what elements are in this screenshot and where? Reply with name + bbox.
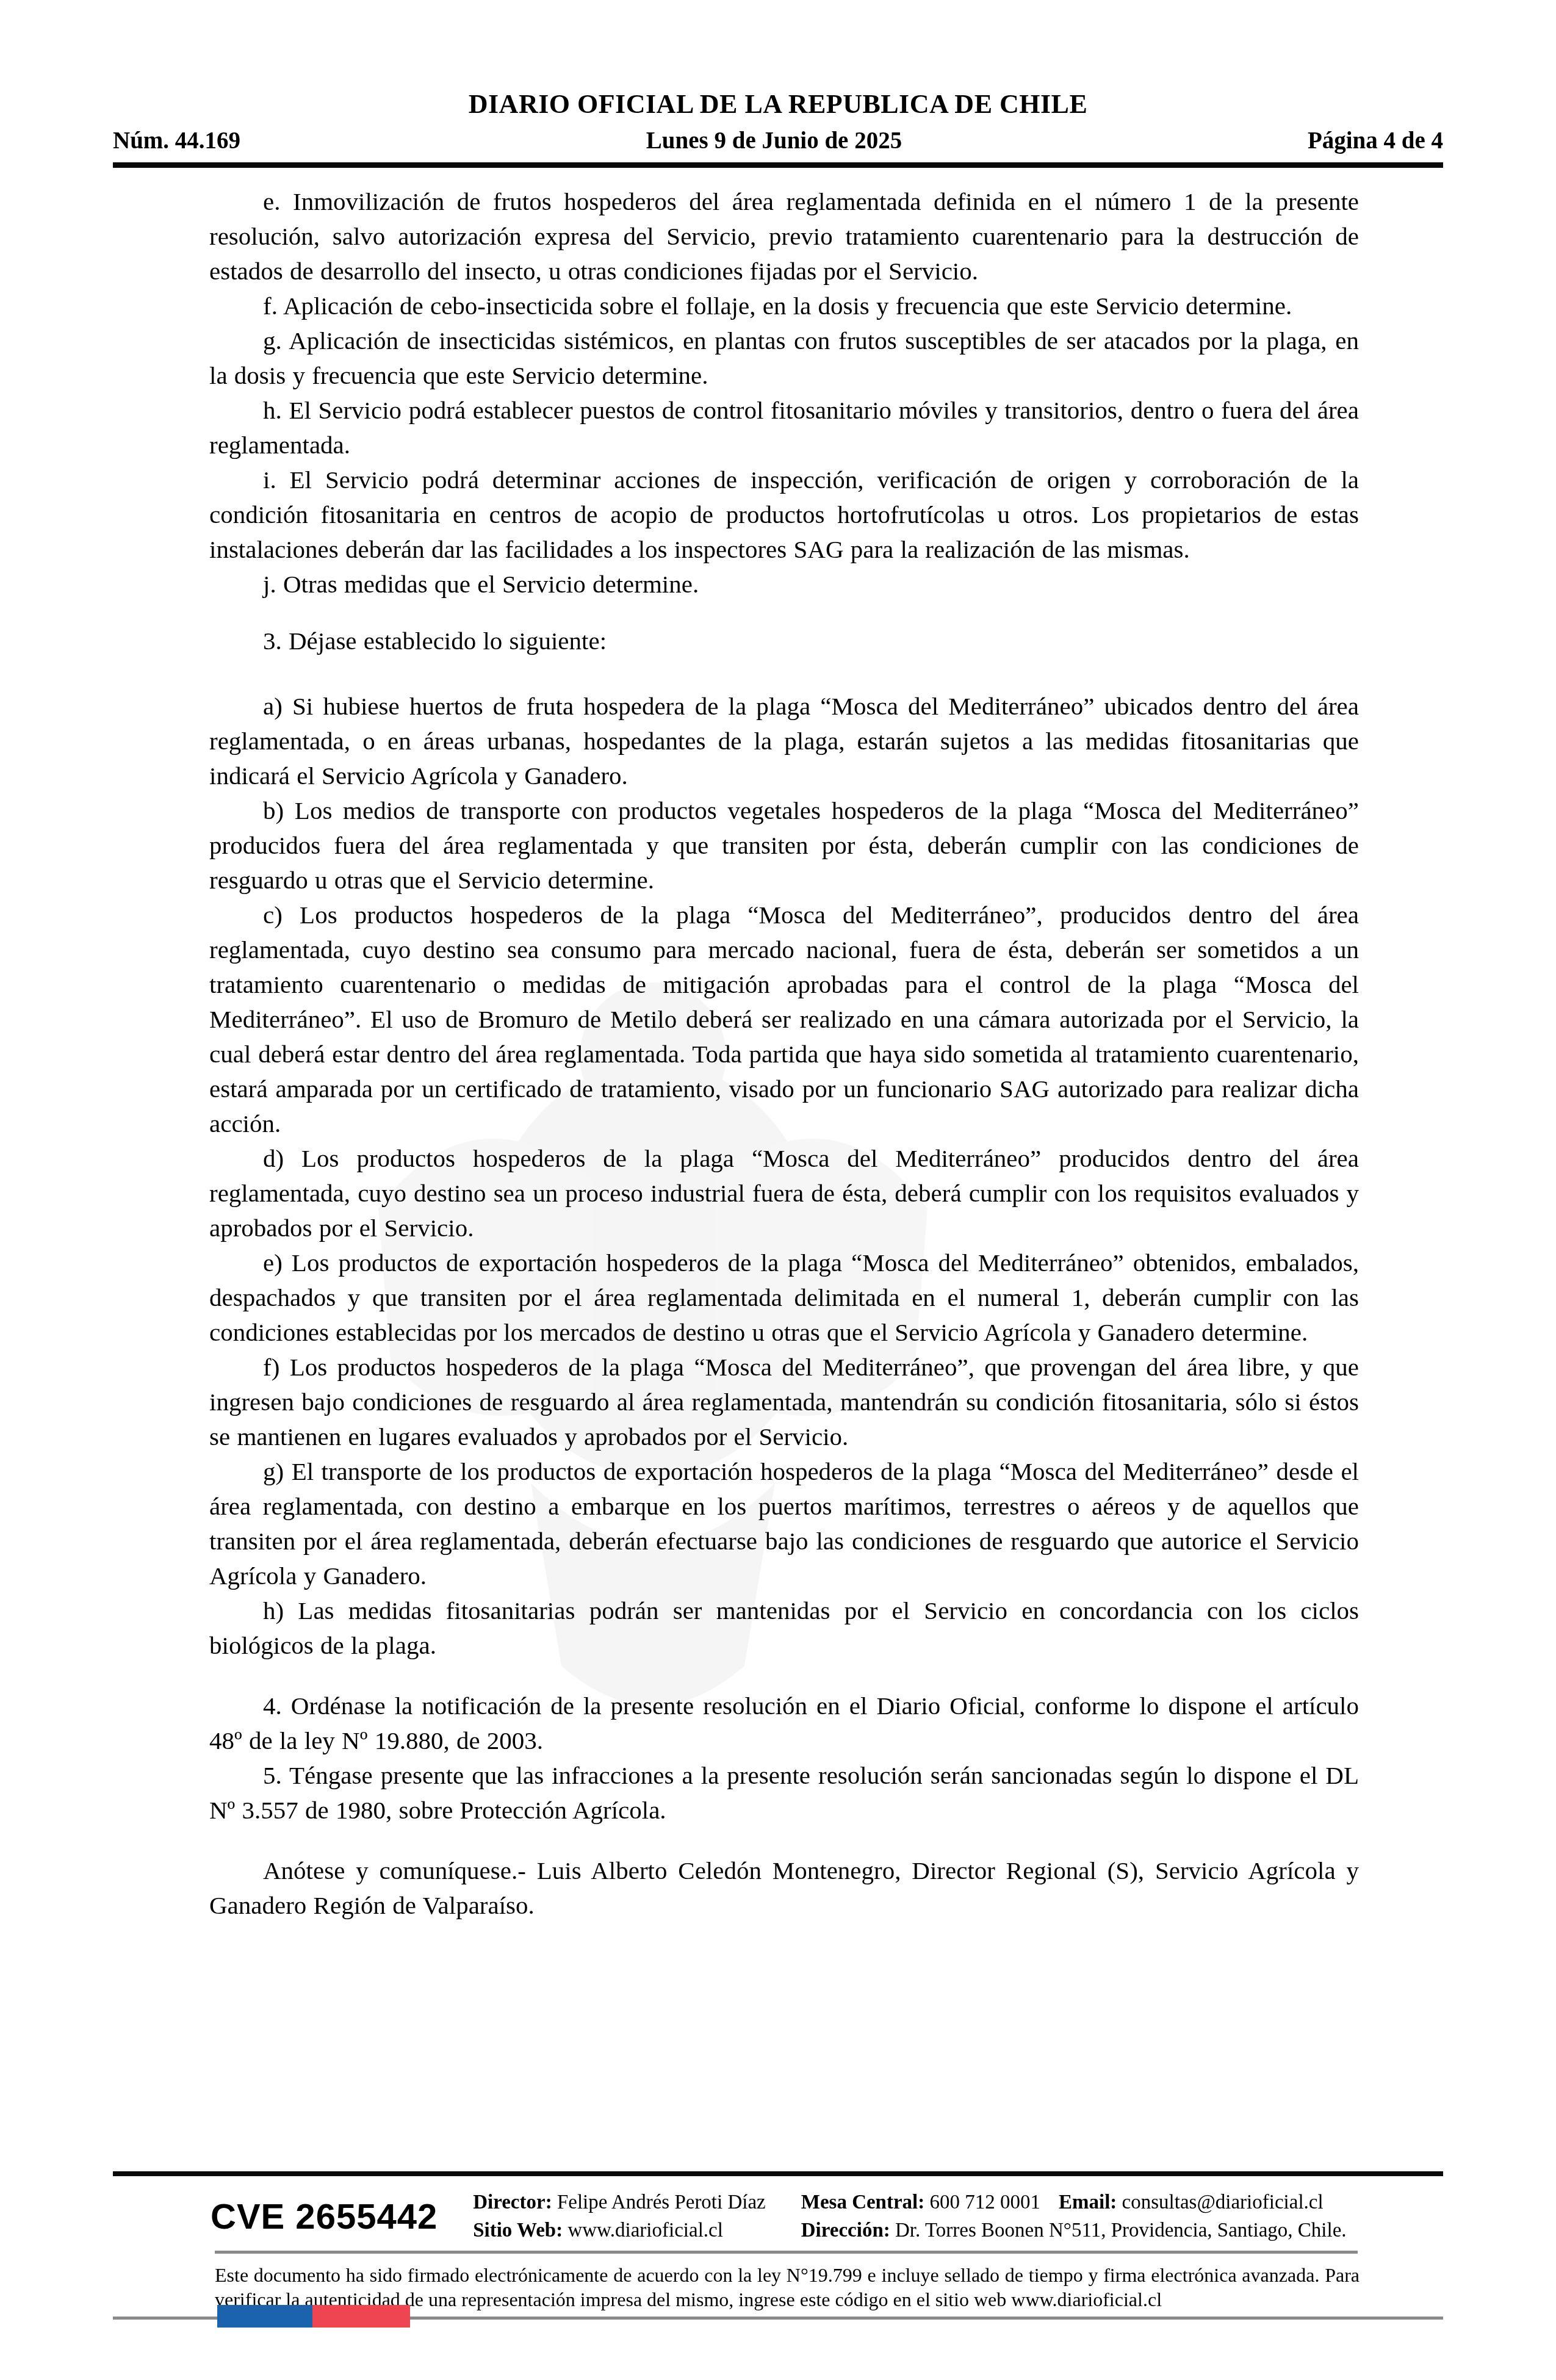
para-g: g. Aplicación de insecticidas sistémicos…	[209, 323, 1359, 393]
address-line: Dirección: Dr. Torres Boonen N°511, Prov…	[801, 2216, 1347, 2245]
director-label: Director:	[473, 2191, 552, 2213]
issue-number: Núm. 44.169	[113, 128, 240, 154]
para-e: e. Inmovilización de frutos hospederos d…	[209, 184, 1359, 289]
footer-info-row: CVE 2655442 Director: Felipe Andrés Pero…	[211, 2188, 1358, 2245]
footer-rule-top	[113, 2171, 1443, 2176]
para-numeral-4: 4. Ordénase la notificación de la presen…	[209, 1689, 1359, 1758]
email-address: consultas@diarioficial.cl	[1122, 2191, 1324, 2213]
sitio-url: www.diarioficial.cl	[567, 2220, 722, 2241]
para-j: j. Otras medidas que el Servicio determi…	[209, 567, 1359, 602]
contact-line: Mesa Central: 600 712 0001Email: consult…	[801, 2188, 1347, 2216]
sitio-line: Sitio Web: www.diarioficial.cl	[473, 2216, 766, 2245]
flag-red-segment	[312, 2305, 410, 2328]
director-name: Felipe Andrés Peroti Díaz	[557, 2191, 766, 2213]
flag-blue-segment	[217, 2305, 312, 2328]
para-numeral-5: 5. Téngase presente que las infracciones…	[209, 1758, 1359, 1828]
para-letter-c: c) Los productos hospederos de la plaga …	[209, 898, 1359, 1141]
para-i: i. El Servicio podrá determinar acciones…	[209, 463, 1359, 567]
sitio-label: Sitio Web:	[473, 2220, 563, 2241]
para-letter-g: g) El transporte de los productos de exp…	[209, 1454, 1359, 1593]
direccion-label: Dirección:	[801, 2220, 890, 2241]
para-signature: Anótese y comuníquese.- Luis Alberto Cel…	[209, 1853, 1359, 1923]
para-numeral-3: 3. Déjase establecido lo siguiente:	[209, 624, 1359, 658]
header-rule	[113, 162, 1443, 168]
footer-rule-middle	[215, 2251, 1358, 2254]
legal-notice: Este documento ha sido firmado electróni…	[215, 2263, 1360, 2312]
page-header: DIARIO OFICIAL DE LA REPUBLICA DE CHILE …	[113, 90, 1443, 168]
direccion-value: Dr. Torres Boonen N°511, Providencia, Sa…	[895, 2220, 1347, 2241]
chile-flag-bar	[217, 2305, 410, 2328]
footer-director-column: Director: Felipe Andrés Peroti Díaz Siti…	[473, 2188, 784, 2245]
para-letter-h: h) Las medidas fitosanitarias podrán ser…	[209, 1593, 1359, 1663]
newspaper-title: DIARIO OFICIAL DE LA REPUBLICA DE CHILE	[113, 90, 1443, 118]
para-letter-d: d) Los productos hospederos de la plaga …	[209, 1141, 1359, 1246]
para-letter-b: b) Los medios de transporte con producto…	[209, 793, 1359, 898]
email-label: Email:	[1059, 2191, 1117, 2213]
para-f: f. Aplicación de cebo-insecticida sobre …	[209, 289, 1359, 323]
mesa-number: 600 712 0001	[930, 2191, 1041, 2213]
issue-date: Lunes 9 de Junio de 2025	[646, 128, 902, 154]
document-page: DIARIO OFICIAL DE LA REPUBLICA DE CHILE …	[0, 0, 1556, 2380]
para-letter-a: a) Si hubiese huertos de fruta hospedera…	[209, 689, 1359, 793]
header-meta-row: Núm. 44.169 Lunes 9 de Junio de 2025 Pág…	[113, 128, 1443, 154]
document-body: e. Inmovilización de frutos hospederos d…	[209, 184, 1359, 1923]
director-line: Director: Felipe Andrés Peroti Díaz	[473, 2188, 766, 2216]
page-indicator: Página 4 de 4	[1308, 128, 1443, 154]
para-letter-f: f) Los productos hospederos de la plaga …	[209, 1350, 1359, 1454]
para-letter-e: e) Los productos de exportación hospeder…	[209, 1246, 1359, 1350]
mesa-label: Mesa Central:	[801, 2191, 925, 2213]
cve-code: CVE 2655442	[211, 2196, 456, 2237]
para-h: h. El Servicio podrá establecer puestos …	[209, 393, 1359, 463]
footer-contact-column: Mesa Central: 600 712 0001Email: consult…	[801, 2188, 1365, 2245]
